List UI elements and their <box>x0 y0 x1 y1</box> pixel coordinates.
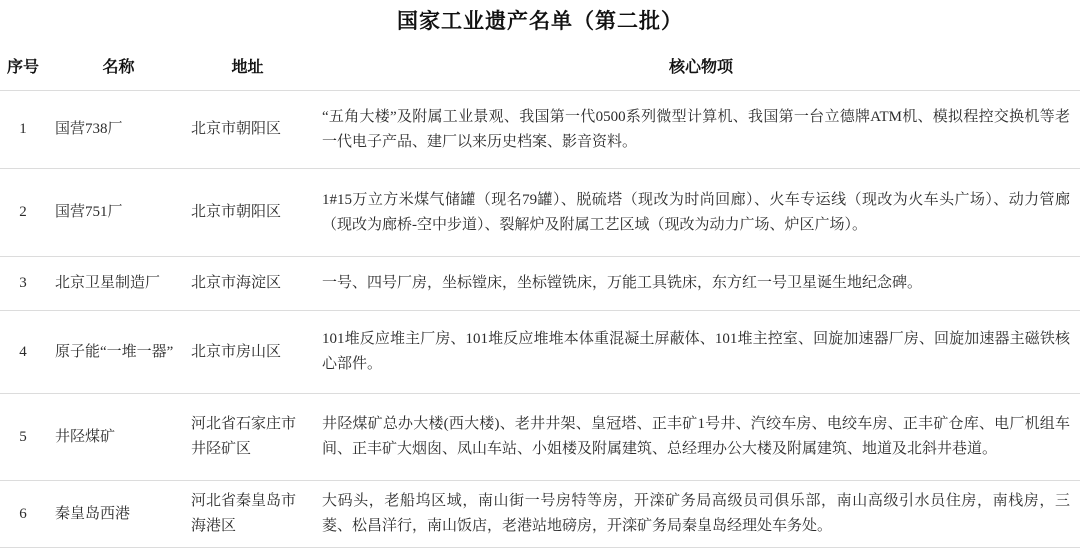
row-items: 1#15万立方米煤气储罐（现名79罐）、脱硫塔（现改为时尚回廊）、火车专运线（现… <box>322 188 1080 238</box>
col-header-items: 核心物项 <box>322 55 1080 80</box>
row-no: 3 <box>0 271 46 296</box>
page-title: 国家工业遗产名单（第二批） <box>0 0 1080 45</box>
row-no: 4 <box>0 340 46 365</box>
row-address: 北京市房山区 <box>191 340 322 365</box>
table-row: 6 秦皇岛西港 河北省秦皇岛市海港区 大码头，老船坞区域，南山街一号房特等房，开… <box>0 481 1080 548</box>
document-page: 国家工业遗产名单（第二批） 序号 名称 地址 核心物项 1 国营738厂 北京市… <box>0 0 1080 555</box>
row-no: 1 <box>0 117 46 142</box>
row-address: 北京市朝阳区 <box>191 117 322 142</box>
table-row: 4 原子能“一堆一器” 北京市房山区 101堆反应堆主厂房、101堆反应堆堆本体… <box>0 311 1080 394</box>
row-items: “五角大楼”及附属工业景观、我国第一代0500系列微型计算机、我国第一台立德牌A… <box>322 105 1080 155</box>
table-row: 2 国营751厂 北京市朝阳区 1#15万立方米煤气储罐（现名79罐）、脱硫塔（… <box>0 169 1080 257</box>
table-row: 1 国营738厂 北京市朝阳区 “五角大楼”及附属工业景观、我国第一代0500系… <box>0 91 1080 169</box>
col-header-address: 地址 <box>191 55 322 80</box>
row-name: 国营738厂 <box>46 117 191 142</box>
row-no: 2 <box>0 200 46 225</box>
row-name: 原子能“一堆一器” <box>46 340 191 365</box>
heritage-table: 序号 名称 地址 核心物项 1 国营738厂 北京市朝阳区 “五角大楼”及附属工… <box>0 45 1080 548</box>
row-address: 北京市朝阳区 <box>191 200 322 225</box>
row-name: 北京卫星制造厂 <box>46 271 191 296</box>
table-row: 3 北京卫星制造厂 北京市海淀区 一号、四号厂房，坐标镗床，坐标镗铣床，万能工具… <box>0 257 1080 311</box>
col-header-no: 序号 <box>0 55 46 80</box>
row-name: 井陉煤矿 <box>46 425 191 450</box>
row-items: 井陉煤矿总办大楼(西大楼)、老井井架、皇冠塔、正丰矿1号井、汽绞车房、电绞车房、… <box>322 412 1080 462</box>
table-row: 5 井陉煤矿 河北省石家庄市井陉矿区 井陉煤矿总办大楼(西大楼)、老井井架、皇冠… <box>0 394 1080 481</box>
row-no: 5 <box>0 425 46 450</box>
row-items: 大码头，老船坞区域，南山街一号房特等房，开滦矿务局高级员司俱乐部，南山高级引水员… <box>322 489 1080 539</box>
col-header-name: 名称 <box>46 55 191 80</box>
row-address: 河北省石家庄市井陉矿区 <box>191 412 322 462</box>
table-header-row: 序号 名称 地址 核心物项 <box>0 45 1080 91</box>
row-items: 101堆反应堆主厂房、101堆反应堆堆本体重混凝土屏蔽体、101堆主控室、回旋加… <box>322 327 1080 377</box>
row-items: 一号、四号厂房，坐标镗床，坐标镗铣床，万能工具铣床，东方红一号卫星诞生地纪念碑。 <box>322 271 1080 296</box>
row-address: 北京市海淀区 <box>191 271 322 296</box>
row-name: 秦皇岛西港 <box>46 502 191 527</box>
row-address: 河北省秦皇岛市海港区 <box>191 489 322 539</box>
row-no: 6 <box>0 502 46 527</box>
row-name: 国营751厂 <box>46 200 191 225</box>
